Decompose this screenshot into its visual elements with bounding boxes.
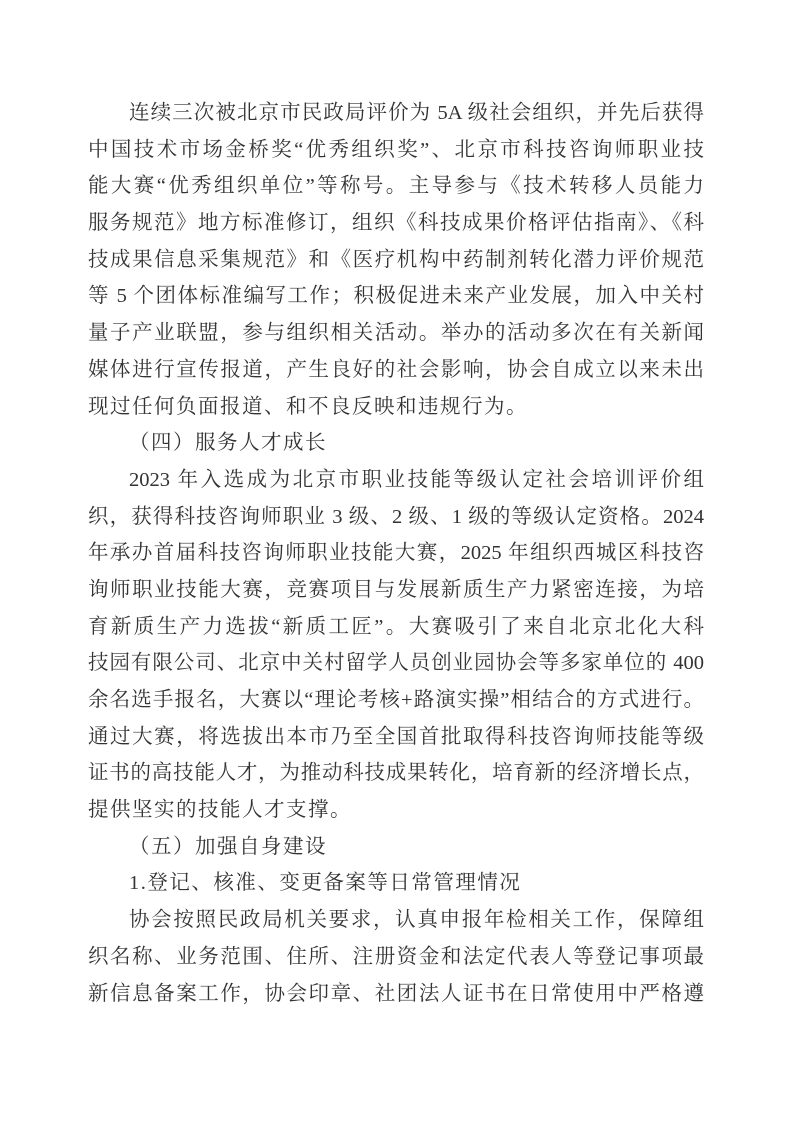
paragraph-line: 余名选手报名，大赛以“理论考核+路演实操”相结合的方式进行。 <box>88 682 704 719</box>
paragraph-line: 协会按照民政局机关要求，认真申报年检相关工作，保障组 <box>88 902 704 939</box>
paragraph-line: 新信息备案工作，协会印章、社团法人证书在日常使用中严格遵 <box>88 976 704 1013</box>
paragraph-line: 服务规范》地方标准修订，组织《科技成果价格评估指南》、《科 <box>88 205 704 242</box>
section-heading-4: （四）服务人才成长 <box>88 425 704 462</box>
paragraph-line: 技成果信息采集规范》和《医疗机构中药制剂转化潜力评价规范 <box>88 242 704 279</box>
document-page: 连续三次被北京市民政局评价为 5A 级社会组织，并先后获得 中国技术市场金桥奖“… <box>0 0 793 1122</box>
section-heading-5: （五）加强自身建设 <box>88 829 704 866</box>
paragraph-line: 等 5 个团体标准编写工作；积极促进未来产业发展，加入中关村 <box>88 278 704 315</box>
subsection-heading-1: 1.登记、核准、变更备案等日常管理情况 <box>88 865 704 902</box>
paragraph-line: 连续三次被北京市民政局评价为 5A 级社会组织，并先后获得 <box>88 95 704 132</box>
paragraph-line: 织，获得科技咨询师职业 3 级、2 级、1 级的等级认定资格。2024 <box>88 499 704 536</box>
paragraph-line: 量子产业联盟，参与组织相关活动。举办的活动多次在有关新闻 <box>88 315 704 352</box>
paragraph-line-last: 现过任何负面报道、和不良反映和违规行为。 <box>88 389 704 426</box>
paragraph-line: 证书的高技能人才，为推动科技成果转化，培育新的经济增长点， <box>88 755 704 792</box>
paragraph-line: 技园有限公司、北京中关村留学人员创业园协会等多家单位的 400 <box>88 645 704 682</box>
paragraph-line: 育新质生产力选拔“新质工匠”。大赛吸引了来自北京北化大科 <box>88 609 704 646</box>
paragraph-line: 询师职业技能大赛，竞赛项目与发展新质生产力紧密连接，为培 <box>88 572 704 609</box>
document-body: 连续三次被北京市民政局评价为 5A 级社会组织，并先后获得 中国技术市场金桥奖“… <box>88 95 704 1012</box>
paragraph-line: 能大赛“优秀组织单位”等称号。主导参与《技术转移人员能力 <box>88 168 704 205</box>
paragraph-line: 通过大赛，将选拔出本市乃至全国首批取得科技咨询师技能等级 <box>88 719 704 756</box>
paragraph-line: 2023 年入选成为北京市职业技能等级认定社会培训评价组 <box>88 462 704 499</box>
paragraph-line: 织名称、业务范围、住所、注册资金和法定代表人等登记事项最 <box>88 939 704 976</box>
paragraph-line: 媒体进行宣传报道，产生良好的社会影响，协会自成立以来未出 <box>88 352 704 389</box>
paragraph-line: 中国技术市场金桥奖“优秀组织奖”、北京市科技咨询师职业技 <box>88 132 704 169</box>
paragraph-line: 年承办首届科技咨询师职业技能大赛，2025 年组织西城区科技咨 <box>88 535 704 572</box>
paragraph-line-last: 提供坚实的技能人才支撑。 <box>88 792 704 829</box>
